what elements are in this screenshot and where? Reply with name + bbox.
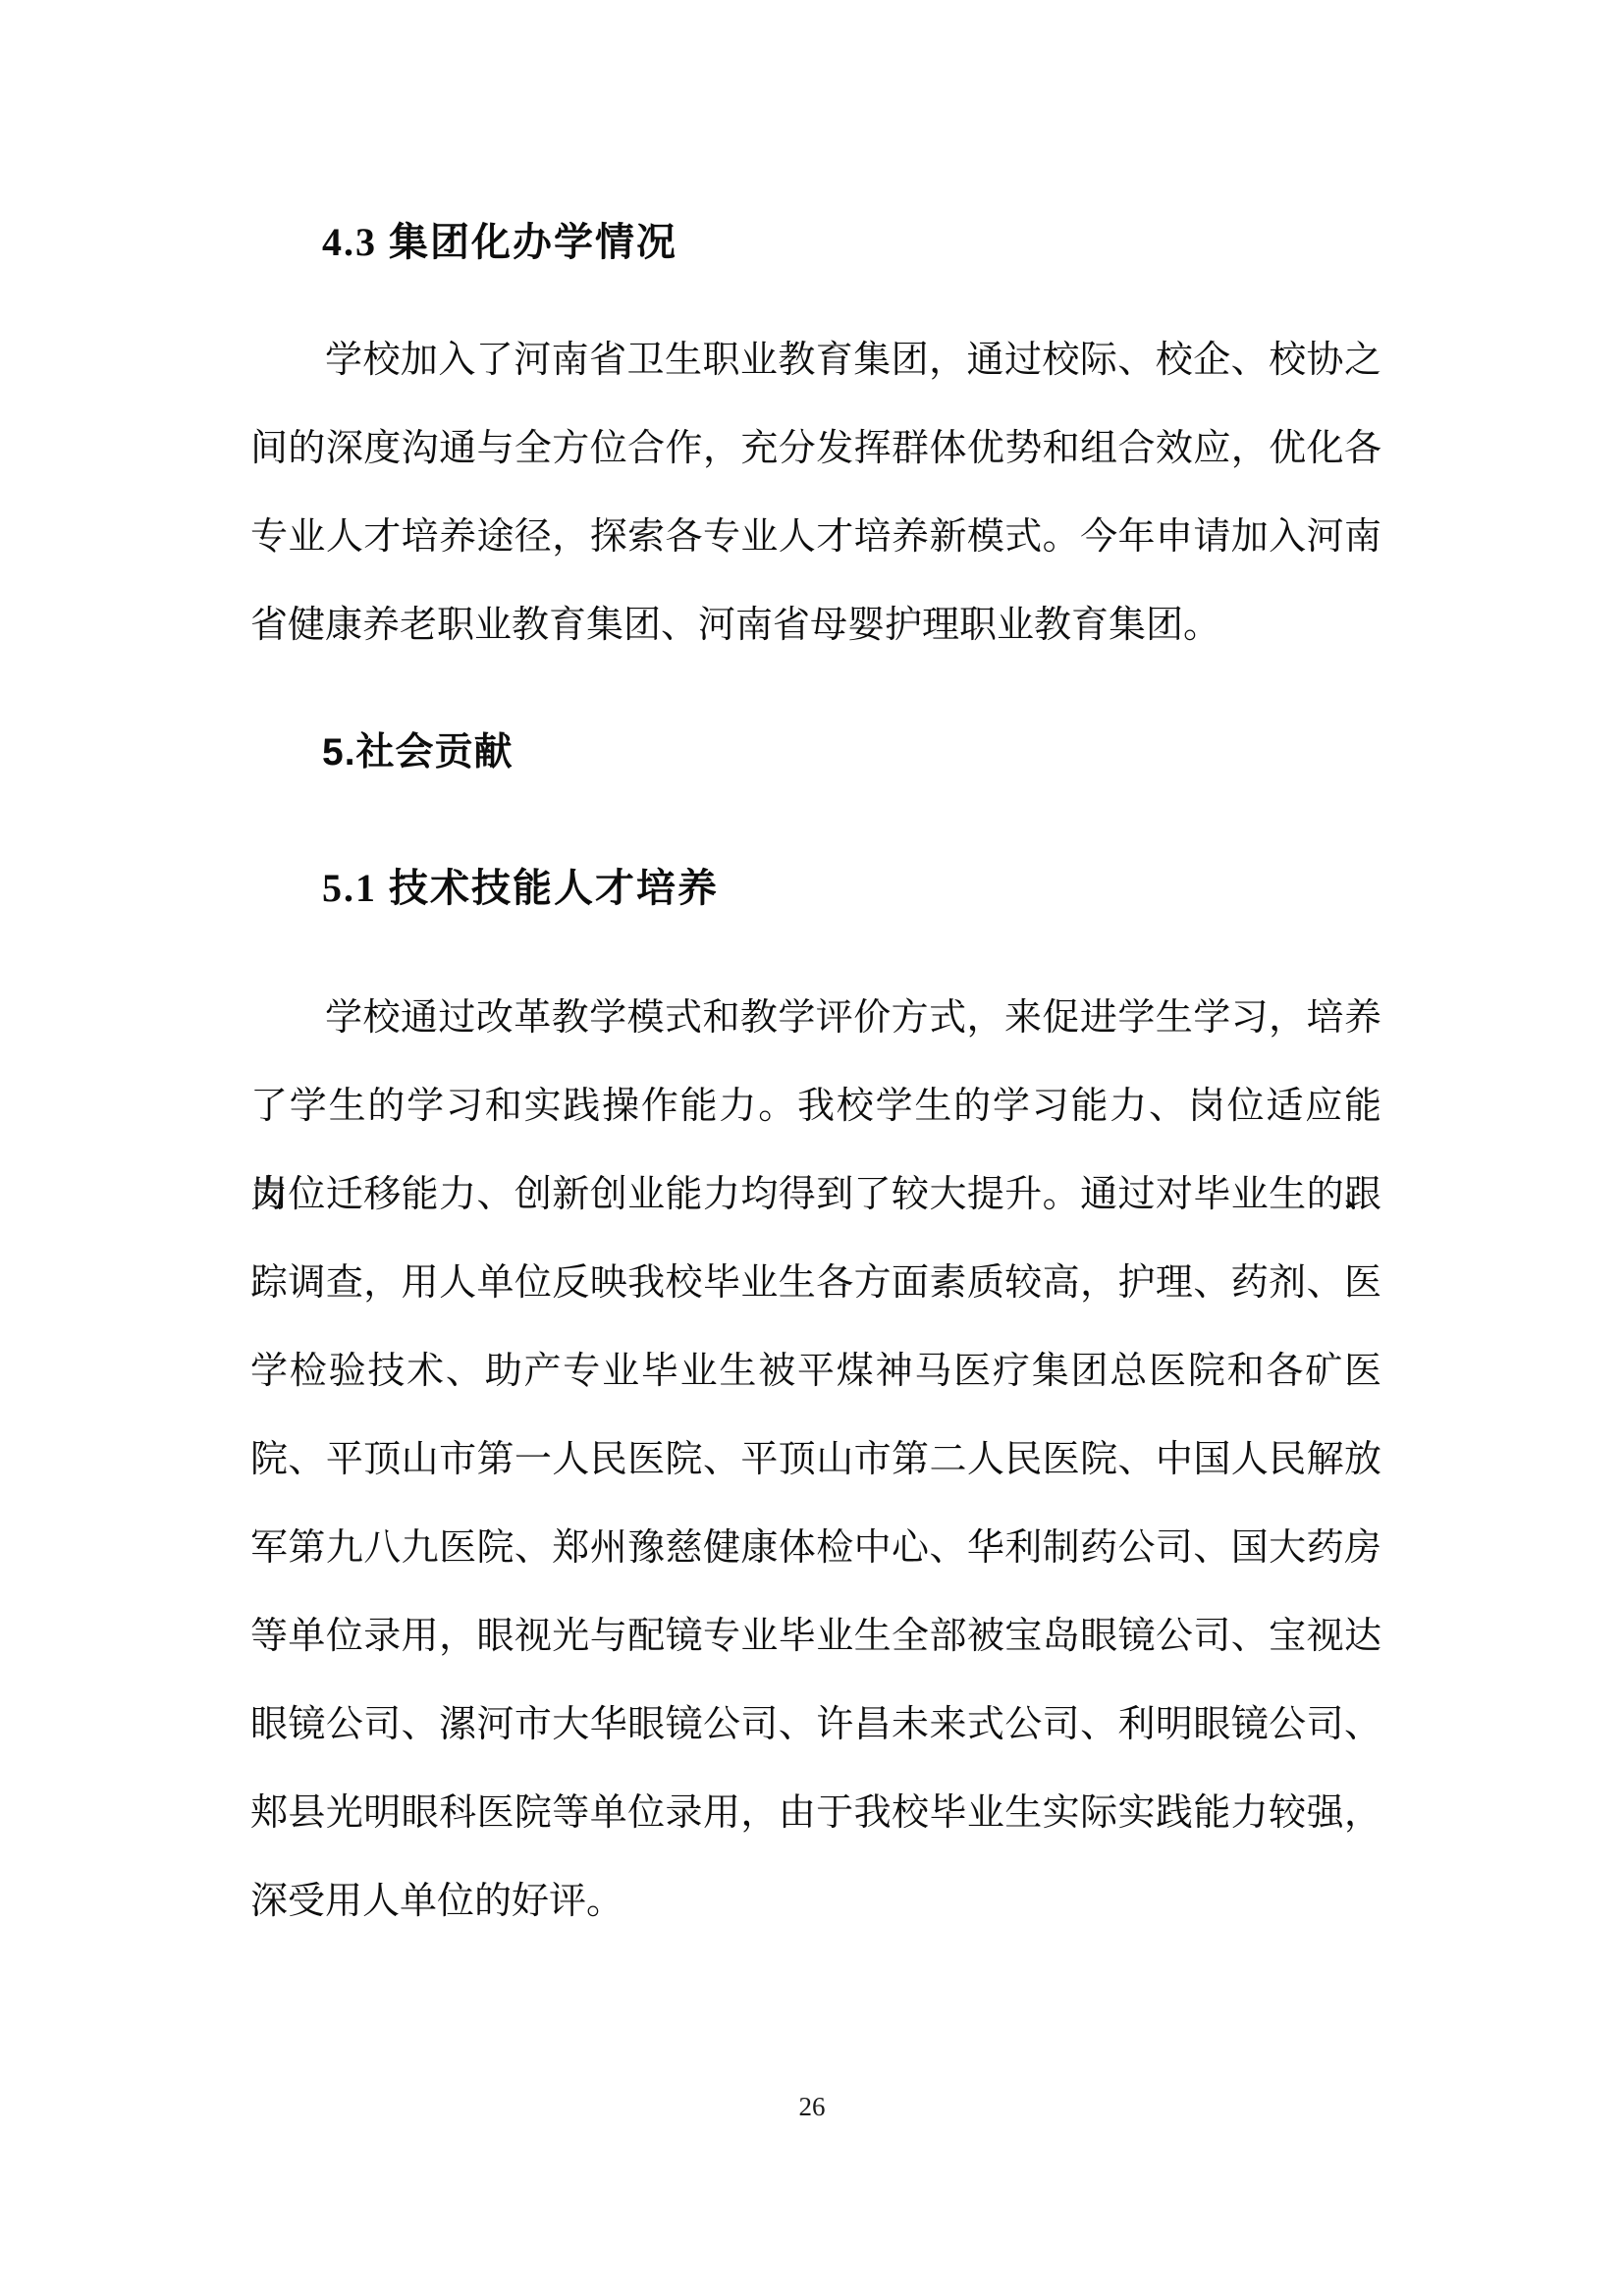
paragraph-4-3: 学校加入了河南省卫生职业教育集团，通过校际、校企、校协之间的深度沟通与全方位合作… (250, 316, 1381, 669)
paragraph-line: 岗位迁移能力、创新创业能力均得到了较大提升。通过对毕业生的跟 (250, 1150, 1381, 1239)
paragraph-line: 院、平顶山市第一人民医院、平顶山市第二人民医院、中国人民解放 (250, 1415, 1381, 1504)
heading-5-1: 5.1 技术技能人才培养 (322, 868, 719, 909)
paragraph-line: 眼镜公司、漯河市大华眼镜公司、许昌未来式公司、利明眼镜公司、 (250, 1681, 1381, 1769)
paragraph-line: 学校加入了河南省卫生职业教育集团，通过校际、校企、校协之 (250, 316, 1381, 404)
page-number: 26 (0, 2092, 1624, 2122)
paragraph-line: 军第九八九医院、郑州豫慈健康体检中心、华利制药公司、国大药房 (250, 1504, 1381, 1592)
paragraph-line: 学校通过改革教学模式和教学评价方式，来促进学生学习，培养 (250, 974, 1381, 1062)
document-page: 4.3 集团化办学情况 学校加入了河南省卫生职业教育集团，通过校际、校企、校协之… (0, 0, 1624, 2296)
paragraph-5-1: 学校通过改革教学模式和教学评价方式，来促进学生学习，培养了学生的学习和实践操作能… (250, 974, 1381, 1946)
paragraph-line: 省健康养老职业教育集团、河南省母婴护理职业教育集团。 (250, 581, 1381, 669)
paragraph-line: 专业人才培养途径，探索各专业人才培养新模式。今年申请加入河南 (250, 493, 1381, 581)
heading-4-3: 4.3 集团化办学情况 (322, 222, 677, 263)
paragraph-line: 了学生的学习和实践操作能力。我校学生的学习能力、岗位适应能力、 (250, 1062, 1381, 1150)
paragraph-line: 深受用人单位的好评。 (250, 1857, 1381, 1946)
paragraph-line: 间的深度沟通与全方位合作，充分发挥群体优势和组合效应，优化各 (250, 404, 1381, 493)
paragraph-line: 等单位录用，眼视光与配镜专业毕业生全部被宝岛眼镜公司、宝视达 (250, 1592, 1381, 1681)
heading-5: 5.社会贡献 (322, 733, 514, 774)
paragraph-line: 学检验技术、助产专业毕业生被平煤神马医疗集团总医院和各矿医 (250, 1327, 1381, 1415)
paragraph-line: 郏县光明眼科医院等单位录用，由于我校毕业生实际实践能力较强， (250, 1769, 1381, 1857)
paragraph-line: 踪调查，用人单位反映我校毕业生各方面素质较高，护理、药剂、医 (250, 1239, 1381, 1327)
